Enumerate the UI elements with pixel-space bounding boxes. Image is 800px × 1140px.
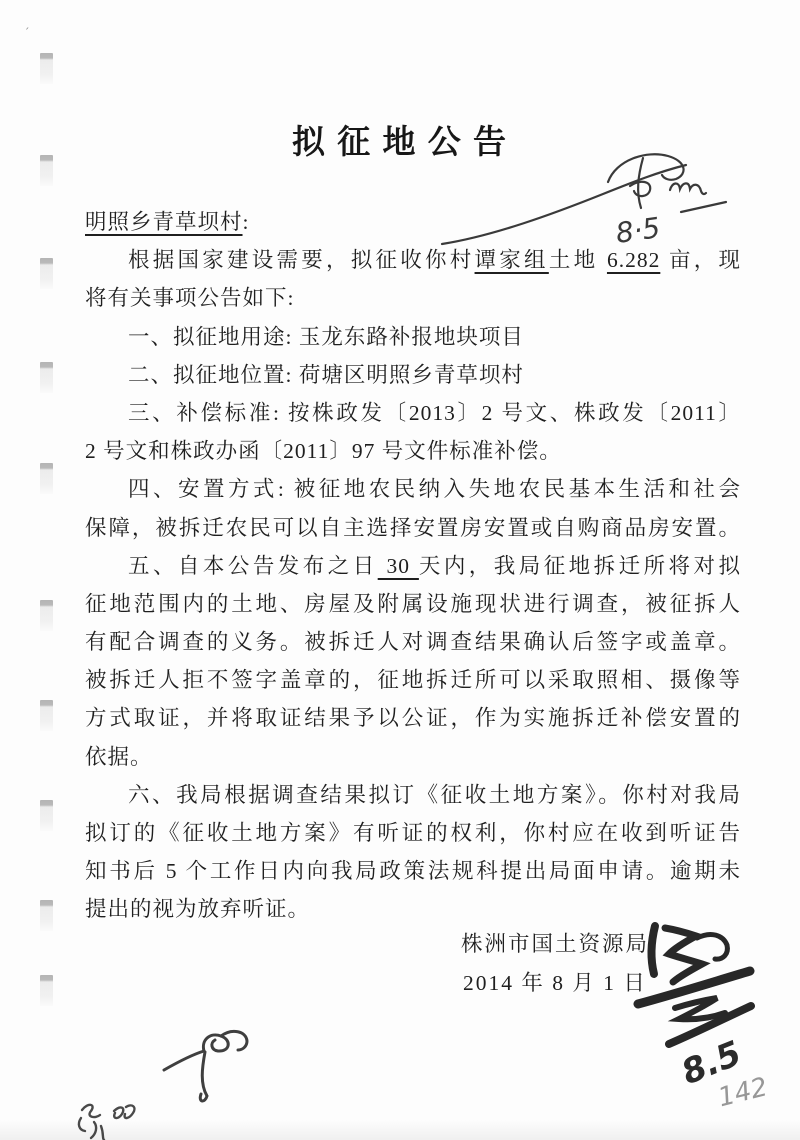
text-line: 将有关事项公告如下: xyxy=(85,279,741,317)
text-line: 拟订的《征收土地方案》有听证的权利，你村应在收到听证告 xyxy=(85,814,741,852)
text-line: 知书后 5 个工作日内向我局政策法规科提出局面申请。逾期未 xyxy=(85,852,741,890)
signature-stroke xyxy=(675,998,725,1019)
signature-stroke xyxy=(82,1105,100,1117)
text-segment: 一、拟征地用途: 玉龙东路补报地块项目 xyxy=(128,325,524,349)
text-segment: 知书后 5 个工作日内向我局政策法规科提出局面申请。逾期未 xyxy=(85,859,741,883)
binding-hole-mark xyxy=(40,800,53,831)
text-segment: 2 号文和株政办函〔2011〕97 号文件标准补偿。 xyxy=(85,439,562,463)
text-segment: 拟订的《征收土地方案》有听证的权利，你村应在收到听证告 xyxy=(85,821,741,845)
binding-hole-mark xyxy=(40,700,53,731)
text-segment: 被拆迁人拒不签字盖章的，征地拆迁所可以采取照相、摄像等 xyxy=(85,668,741,692)
text-segment: 有配合调查的义务。被拆迁人对调查结果确认后签字或盖章。 xyxy=(85,630,741,654)
text-segment: 二、拟征地位置: 荷塘区明照乡青草坝村 xyxy=(128,363,524,387)
text-segment: 保障，被拆迁农民可以自主选择安置房安置或自购商品房安置。 xyxy=(85,516,741,540)
scanned-document-page: ˊ 拟 征 地 公 告 8·5 明照乡青草坝村: 根据国家建设需要，拟征收你村谭… xyxy=(0,0,800,1140)
salutation-line: 明照乡青草坝村: xyxy=(85,203,741,241)
text-segment: 方式取证，并将取证结果予以公证，作为实施拆迁补偿安置的 xyxy=(85,706,741,730)
signature-stroke xyxy=(203,1035,228,1051)
binding-hole-mark xyxy=(40,463,53,494)
signature-stroke xyxy=(670,183,706,194)
days-value-underlined: 30 xyxy=(378,554,419,578)
text-line: 2 号文和株政办函〔2011〕97 号文件标准补偿。 xyxy=(85,432,741,470)
text-segment: 天内，我局征地拆迁所将对拟 xyxy=(419,554,741,578)
text-line: 方式取证，并将取证结果予以公证，作为实施拆迁补偿安置的 xyxy=(85,699,741,737)
signature-stroke xyxy=(114,1107,123,1118)
text-line: 根据国家建设需要，拟征收你村谭家组土地 6.282 亩，现 xyxy=(85,241,741,279)
text-line: 依据。 xyxy=(85,738,741,776)
item-5-line: 五、自本公告发布之日 30 天内，我局征地拆迁所将对拟 xyxy=(85,547,741,585)
signature-stroke xyxy=(221,1031,247,1050)
text-segment: 将有关事项公告如下: xyxy=(85,286,294,310)
binding-hole-mark xyxy=(40,53,53,84)
signature-stroke xyxy=(164,1051,204,1070)
item-6-line: 六、我局根据调查结果拟订《征收土地方案》。你村对我局 xyxy=(85,776,741,814)
signature-stroke xyxy=(125,1105,135,1118)
area-value-underlined: 6.282 xyxy=(607,248,660,272)
binding-hole-mark xyxy=(40,900,53,931)
signature-stroke xyxy=(697,934,727,959)
text-segment: 四、安置方式: 被征地农民纳入失地农民基本生活和社会 xyxy=(128,477,741,501)
text-segment: 根据国家建设需要，拟征收你村 xyxy=(128,248,475,272)
text-segment: : xyxy=(243,210,250,234)
text-line: 有配合调查的义务。被拆迁人对调查结果确认后签字或盖章。 xyxy=(85,623,741,661)
text-line: 保障，被拆迁农民可以自主选择安置房安置或自购商品房安置。 xyxy=(85,509,741,547)
scan-speck: ˊ xyxy=(24,26,30,39)
village-name: 明照乡青草坝村 xyxy=(85,210,243,234)
item-3-line: 三、补偿标准: 按株政发〔2013〕2 号文、株政发〔2011〕 xyxy=(85,394,741,432)
text-segment: 六、我局根据调查结果拟订《征收土地方案》。你村对我局 xyxy=(128,783,741,807)
signature-stroke xyxy=(630,182,650,196)
binding-hole-mark xyxy=(40,362,53,393)
binding-hole-mark xyxy=(40,600,53,631)
text-segment: 依据。 xyxy=(85,745,153,769)
scan-shadow xyxy=(0,1120,800,1140)
text-segment: 土地 xyxy=(549,248,607,272)
item-2-line: 二、拟征地位置: 荷塘区明照乡青草坝村 xyxy=(85,356,741,394)
signature-stroke xyxy=(200,1052,207,1101)
handwritten-signature-bottom-left xyxy=(158,1026,273,1112)
text-segment: 五、自本公告发布之日 xyxy=(128,554,378,578)
binding-hole-mark xyxy=(40,975,53,1006)
text-segment: 提出的视为放弃听证。 xyxy=(85,897,310,921)
text-segment: 三、补偿标准: 按株政发〔2013〕2 号文、株政发〔2011〕 xyxy=(128,401,741,425)
text-segment: 征地范围内的土地、房屋及附属设施现状进行调查，被征拆人 xyxy=(85,592,741,616)
text-line: 被拆迁人拒不签字盖章的，征地拆迁所可以采取照相、摄像等 xyxy=(85,661,741,699)
text-line: 征地范围内的土地、房屋及附属设施现状进行调查，被征拆人 xyxy=(85,585,741,623)
handwritten-signature-bottom-right: 8.5 142 xyxy=(633,912,798,1117)
item-1-line: 一、拟征地用途: 玉龙东路补报地块项目 xyxy=(85,318,741,356)
signature-stroke xyxy=(651,926,655,974)
signature-stroke xyxy=(669,1006,751,1044)
text-segment: 亩，现 xyxy=(660,248,741,272)
document-body: 明照乡青草坝村: 根据国家建设需要，拟征收你村谭家组土地 6.282 亩，现 将… xyxy=(85,203,741,929)
item-4-line: 四、安置方式: 被征地农民纳入失地农民基本生活和社会 xyxy=(85,470,741,508)
binding-hole-mark xyxy=(40,258,53,289)
group-name-underlined: 谭家组 xyxy=(475,248,549,272)
